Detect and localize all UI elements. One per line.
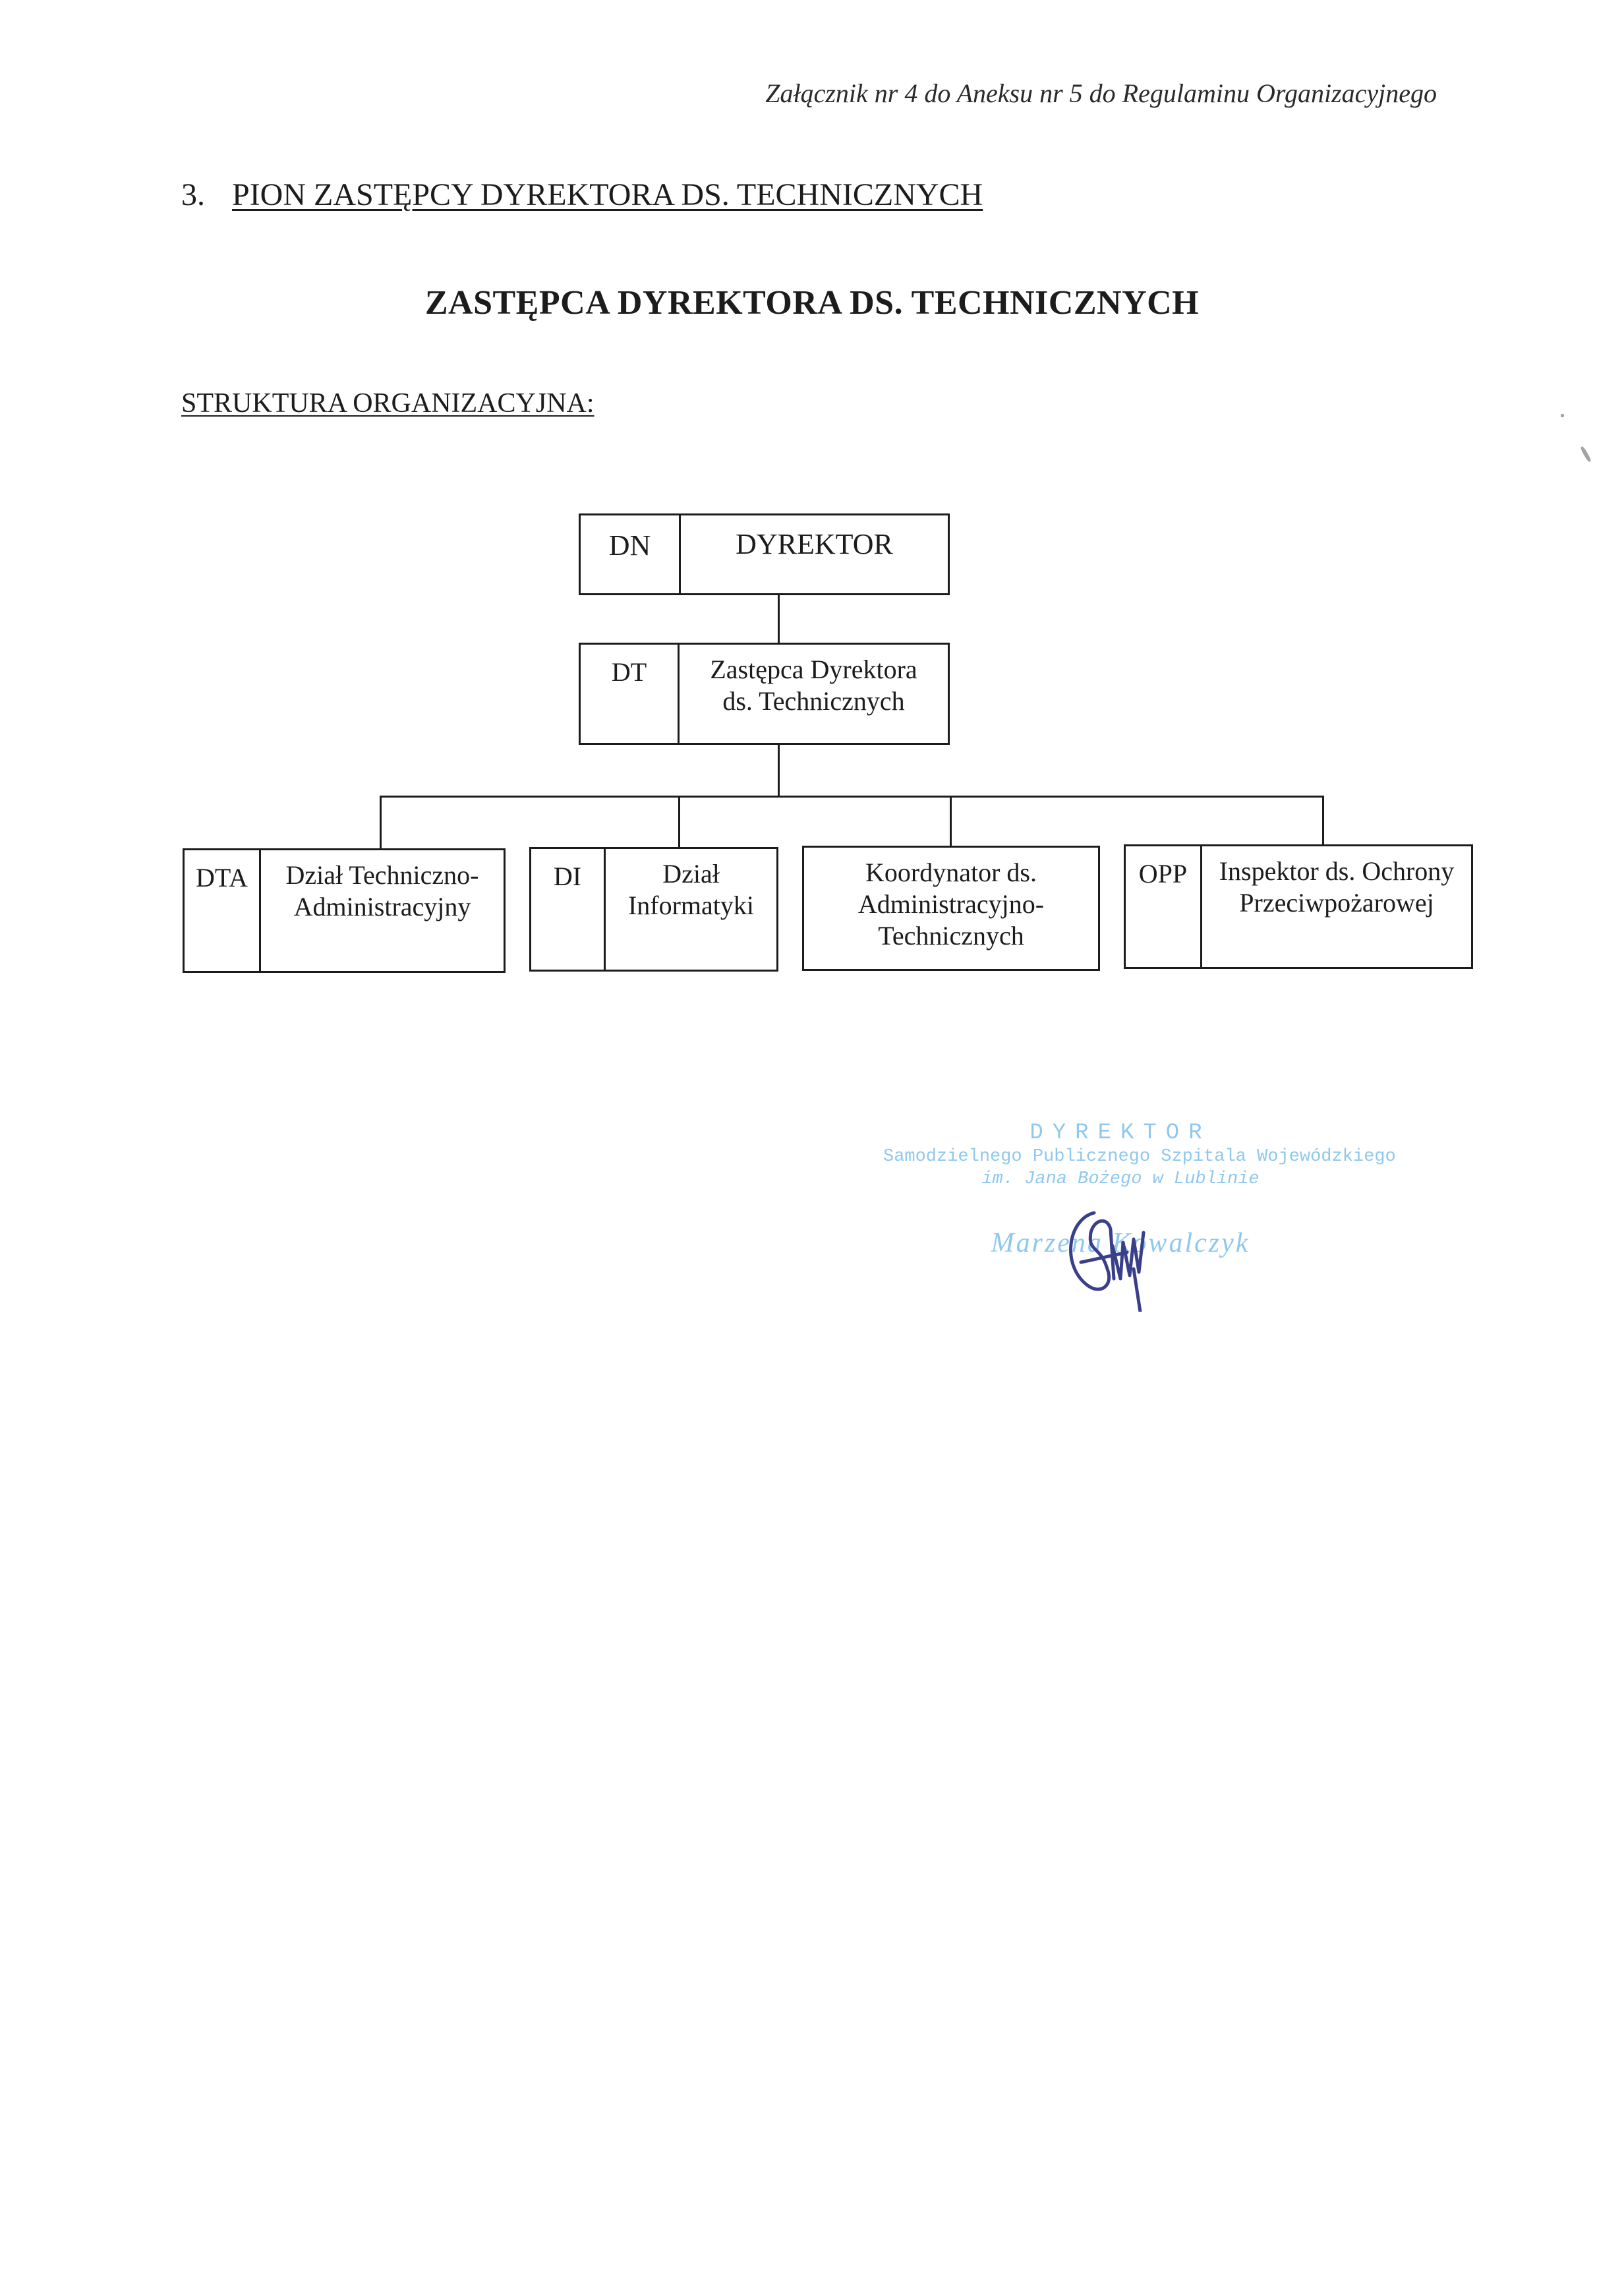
- document-header: Załącznik nr 4 do Aneksu nr 5 do Regulam…: [718, 78, 1437, 109]
- page-title: ZASTĘPCA DYREKTORA DS. TECHNICZNYCH: [0, 283, 1624, 322]
- org-code: OPP: [1126, 846, 1202, 967]
- stamp-institution-name: im. Jana Bożego w Lublinie: [883, 1169, 1358, 1189]
- org-name-line: ds. Technicznych: [680, 686, 948, 717]
- org-box-dta: DTA Dział Techniczno- Administracyjny: [183, 848, 506, 973]
- org-code: DT: [581, 645, 680, 743]
- org-name-line: Dział: [606, 858, 776, 890]
- stamp-title: DYREKTOR: [883, 1121, 1358, 1146]
- connector-koordynator: [950, 796, 952, 847]
- org-name: Dział Informatyki: [606, 849, 776, 970]
- connector-di: [678, 796, 680, 848]
- connector-opp: [1322, 796, 1324, 846]
- org-code: DN: [581, 515, 681, 593]
- org-box-di: DI Dział Informatyki: [529, 847, 778, 972]
- org-box-koordynator: Koordynator ds. Administracyjno- Technic…: [802, 846, 1100, 971]
- stamp-institution: Samodzielnego Publicznego Szpitala Wojew…: [883, 1147, 1358, 1167]
- org-name-line: Koordynator ds.: [804, 857, 1098, 889]
- org-name-line: Inspektor ds. Ochrony: [1202, 856, 1471, 887]
- connector-bus: [380, 796, 1324, 798]
- structure-label: STRUKTURA ORGANIZACYJNA:: [181, 388, 594, 419]
- org-code: DI: [531, 849, 606, 970]
- section-title: PION ZASTĘPCY DYREKTORA DS. TECHNICZNYCH: [232, 177, 983, 213]
- org-name-line: Informatyki: [606, 890, 776, 921]
- org-name-line: Dział Techniczno-: [261, 860, 504, 891]
- connector-dn-dt: [778, 595, 780, 645]
- org-code: DTA: [185, 850, 261, 971]
- org-name-line: Administracyjno-: [804, 889, 1098, 920]
- section-number: 3.: [181, 177, 205, 213]
- org-name-line: Zastępca Dyrektora: [680, 654, 948, 686]
- scan-artifact: [1580, 446, 1592, 463]
- connector-dt-bus: [778, 744, 780, 797]
- scan-artifact: [1561, 414, 1564, 417]
- org-name-line: Przeciwpożarowej: [1202, 887, 1471, 919]
- org-name: Koordynator ds. Administracyjno- Technic…: [804, 848, 1098, 969]
- org-box-dt: DT Zastępca Dyrektora ds. Technicznych: [579, 643, 950, 745]
- org-name: Dział Techniczno- Administracyjny: [261, 850, 504, 971]
- signature-icon: [1055, 1206, 1173, 1312]
- org-box-dn: DN DYREKTOR: [579, 513, 950, 595]
- org-name: Inspektor ds. Ochrony Przeciwpożarowej: [1202, 846, 1471, 967]
- connector-dta: [380, 796, 382, 850]
- org-name-line: Administracyjny: [261, 891, 504, 923]
- org-name: Zastępca Dyrektora ds. Technicznych: [680, 645, 948, 743]
- org-name: DYREKTOR: [681, 515, 948, 593]
- org-name-line: Technicznych: [804, 920, 1098, 952]
- org-box-opp: OPP Inspektor ds. Ochrony Przeciwpożarow…: [1124, 844, 1473, 969]
